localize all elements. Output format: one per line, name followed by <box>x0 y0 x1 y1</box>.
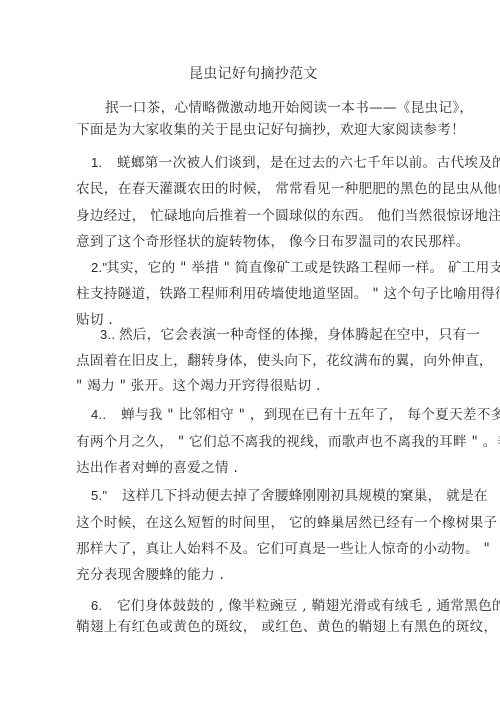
item-2-line-3: 贴切 . <box>76 312 113 328</box>
intro-line-2: 下面是为大家收集的关于昆虫记好句摘抄，欢迎大家阅读参考！ <box>76 122 465 138</box>
item-6-line-2: 鞘翅上有红色或黄色的斑纹， 或红色、黄色的鞘翅上有黑色的斑纹， <box>76 619 497 635</box>
item-4-line-1: 蝉与我 " 比邻相守 " ，到现在已有十五年了， 每个夏天差不多 <box>121 407 500 423</box>
item-5-line-4: 充分表现舍腰蜂的能力 . <box>76 567 224 583</box>
item-6-number: 6. <box>91 598 102 614</box>
item-1-line-2: 农民，在春天灌溉农田的时候， 常常看见一种肥肥的黑色的昆虫从他们 <box>76 181 500 197</box>
item-4-line-3: 达出作者对蝉的喜爱之情 . <box>76 460 238 476</box>
item-3-line-1: 然后，它会表演一种奇怪的体操，身体腾起在空中，只有一 <box>119 327 480 343</box>
item-3-number: 3.. <box>100 327 115 343</box>
item-1-line-1: 蜣螂第一次被人们谈到，是在过去的六七千年以前。古代埃及的 <box>117 155 500 171</box>
item-5-line-2: 这个时候，在这么短暂的时间里， 它的蜂巢居然已经有一个橡树果子 <box>76 515 497 531</box>
item-2-line-1: 其实，它的 " 举措 " 简直像矿工或是铁路工程师一样。 矿工用支 <box>106 260 500 276</box>
item-5-number: 5." <box>91 488 107 504</box>
item-4-line-2: 有两个月之久， " 它们总不离我的视线，而歌声也不离我的耳畔 " 。表 <box>76 434 500 450</box>
item-2-number: 2." <box>91 260 107 276</box>
item-2-line-2: 柱支持隧道，铁路工程师利用砖墙使地道坚固。 " 这个句子比喻用得很 <box>76 286 500 302</box>
item-6-line-1: 它们身体鼓鼓的 , 像半粒豌豆 , 鞘翅光滑或有绒毛 , 通常黑色的 <box>117 598 500 614</box>
item-5-line-3: 那样大了，真让人始料不及。它们可真是一些让人惊奇的小动物。 " <box>76 541 490 557</box>
item-3-line-3: " 竭力 " 张开。这个竭力开窍得很贴切 . <box>76 378 321 394</box>
item-1-number: 1. <box>91 155 102 171</box>
document-title: 昆虫记好句摘抄范文 <box>189 66 318 82</box>
intro-line-1: 抿一口茶，心情略微激动地开始阅读一本书——《昆虫记》， <box>105 100 473 116</box>
item-5-line-1: 这样几下抖动便去掉了舍腰蜂刚刚初具规模的窠巢， 就是在 <box>122 488 488 504</box>
item-1-line-3: 身边经过， 忙碌地向后推着一个圆球似的东西。 他们当然很惊讶地注 <box>76 208 500 224</box>
item-3-line-2: 点固着在旧皮上，翻转身体，使头向下，花纹满布的翼，向外伸直， <box>76 353 493 369</box>
item-4-number: 4.. <box>91 407 106 423</box>
item-1-line-4: 意到了这个奇形怪状的旋转物体， 像今日布罗温司的农民那样。 <box>76 234 470 250</box>
